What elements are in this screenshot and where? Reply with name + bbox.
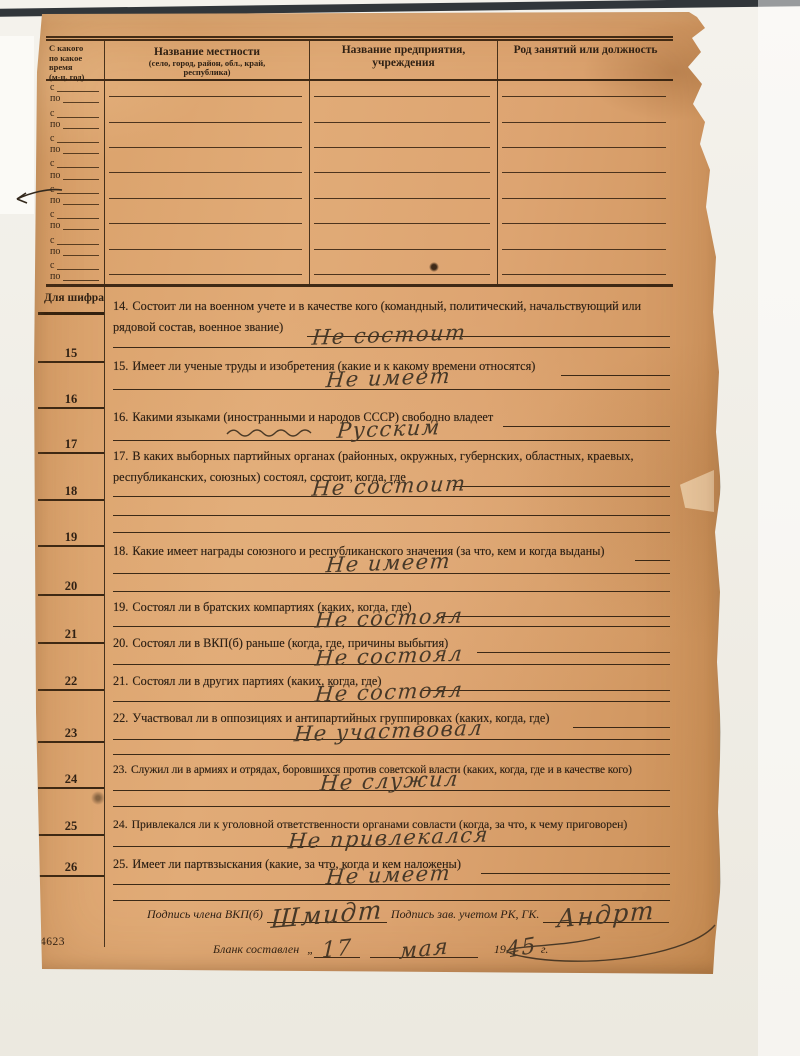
blank-compiled-label: Бланк составлен [209, 942, 303, 958]
cipher-number: 20 [38, 579, 104, 596]
writing-line [502, 172, 666, 173]
writing-line [502, 96, 666, 97]
writing-line [502, 223, 666, 224]
writing-line [314, 198, 490, 199]
writing-line [314, 172, 490, 173]
date-day-line: 17 [314, 943, 360, 958]
table-header: С какого по какое время (м-ц, год) Назва… [46, 41, 673, 81]
writing-line [109, 147, 302, 148]
table-row: спо [46, 183, 673, 208]
question-23: 23.Служил ли в армиях и отрядах, боровши… [105, 760, 673, 781]
fill-line [63, 229, 99, 230]
document-paper: С какого по какое время (м-ц, год) Назва… [34, 12, 720, 976]
question-19: 19.Состоял ли в братских компартиях (как… [105, 597, 673, 618]
header-locality: Название местности (село, город, район, … [104, 41, 309, 79]
row-to-label: по [48, 120, 60, 130]
question-15: 15.Имеет ли ученые труды и изобретения (… [105, 356, 673, 377]
fill-line [57, 218, 99, 219]
question-14: 14.Состоит ли на военном учете и в качес… [105, 296, 673, 338]
member-signature-line: Шмидт [267, 907, 387, 923]
writing-line [502, 147, 666, 148]
writing-line [109, 172, 302, 173]
table-body: спо спо спо спо спо спо [46, 81, 673, 287]
answer-21: Не состоял [105, 680, 673, 704]
answer-22: Не участвовал [105, 719, 673, 743]
cipher-number: 26 [38, 860, 104, 877]
date-month-line: мая [370, 943, 478, 958]
answer-20: Не состоял [105, 644, 673, 668]
row-to-label: по [48, 94, 60, 104]
answer-24: Не привлекался [105, 826, 673, 850]
handwritten-arrow-mark [10, 184, 64, 208]
cipher-number: 23 [38, 726, 104, 743]
cipher-rule [38, 312, 104, 315]
form-number: 4623 [40, 936, 65, 948]
fill-line [63, 102, 99, 103]
row-to-label: по [48, 145, 60, 155]
table-row: спо [46, 106, 673, 131]
fill-line [57, 167, 99, 168]
year-printed: 19 [490, 942, 506, 958]
writing-line [314, 223, 490, 224]
writing-line [314, 274, 490, 275]
table-row: спо [46, 132, 673, 157]
ruled-line [113, 806, 670, 807]
row-from-label: с [48, 109, 54, 119]
writing-line [314, 249, 490, 250]
writing-line [314, 96, 490, 97]
header-period: С какого по какое время (м-ц, год) [46, 41, 104, 79]
cipher-number: 15 [38, 346, 104, 363]
cipher-column-title: Для шифра [44, 292, 104, 304]
questions-section: Для шифра 15 16 17 18 19 20 21 22 23 24 … [46, 287, 673, 963]
writing-line [109, 96, 302, 97]
answer-17: Не состоит [105, 474, 673, 498]
ruled-line [113, 515, 670, 516]
cipher-number: 22 [38, 674, 104, 691]
question-17: 17.В каких выборных партийных органах (р… [105, 446, 673, 488]
question-24: 24.Привлекался ли к уголовной ответствен… [105, 814, 673, 835]
writing-line [502, 249, 666, 250]
year-suffix: г. [537, 942, 553, 958]
writing-line [109, 122, 302, 123]
question-21: 21.Состоял ли в других партиях (каких, к… [105, 671, 673, 692]
writing-line [109, 198, 302, 199]
table-row: спо [46, 259, 673, 284]
row-to-label: по [48, 171, 60, 181]
row-to-label: по [48, 221, 60, 231]
table-row: спо [46, 233, 673, 258]
question-16: 16.Какими языками (иностранными и народо… [105, 407, 673, 428]
registrar-signature-label: Подпись зав. учетом РК, ГК. [387, 907, 543, 923]
writing-line [109, 223, 302, 224]
fill-line [57, 91, 99, 92]
row-to-label: по [48, 272, 60, 282]
row-to-label: по [48, 247, 60, 257]
writing-line [109, 274, 302, 275]
answer-16: Русским [105, 417, 673, 441]
member-signature-label: Подпись члена ВКП(б) [143, 907, 267, 923]
cipher-number: 24 [38, 772, 104, 789]
writing-line [314, 122, 490, 123]
header-enterprise: Название предприятия, учреждения [309, 41, 497, 79]
cipher-number: 18 [38, 484, 104, 501]
cipher-number: 16 [38, 392, 104, 409]
ruled-line [113, 532, 670, 533]
scanner-background [758, 0, 800, 1056]
cipher-number: 21 [38, 627, 104, 644]
header-occupation: Род занятий или должность [497, 41, 673, 79]
writing-line [502, 198, 666, 199]
open-quote: „ [303, 942, 314, 958]
fill-line [63, 204, 99, 205]
writing-line [109, 249, 302, 250]
cipher-number: 17 [38, 437, 104, 454]
answer-18: Не имеет [105, 551, 673, 575]
answer-15: Не имеет [105, 366, 673, 390]
questions-main-column: 14.Состоит ли на военном учете и в качес… [104, 287, 673, 947]
employment-history-table: С какого по какое время (м-ц, год) Назва… [46, 36, 673, 287]
table-row: спо [46, 208, 673, 233]
fill-line [63, 280, 99, 281]
fill-line [63, 153, 99, 154]
date-month: мая [398, 934, 449, 965]
cipher-number: 19 [38, 530, 104, 547]
answer-19: Не состоял [105, 606, 673, 630]
row-from-label: с [48, 159, 54, 169]
date-row: Бланк составлен „ 17 мая 19 45 г. [105, 933, 669, 958]
answer-23: Не служил [105, 769, 673, 793]
writing-line [502, 274, 666, 275]
question-22: 22.Участвовал ли в оппозициях и антипарт… [105, 708, 673, 729]
question-25: 25.Имеет ли партвзыскания (какие, за что… [105, 854, 673, 875]
row-from-label: с [48, 261, 54, 271]
ruled-line [113, 754, 670, 755]
fill-line [63, 179, 99, 180]
year-handwritten: 45 [506, 933, 537, 964]
answer-25: Не имеет [105, 863, 673, 887]
fill-line [57, 244, 99, 245]
cipher-column: Для шифра 15 16 17 18 19 20 21 22 23 24 … [46, 287, 104, 963]
fill-line [57, 142, 99, 143]
ruled-line [113, 347, 670, 348]
row-from-label: с [48, 210, 54, 220]
date-day: 17 [321, 935, 353, 963]
row-from-label: с [48, 236, 54, 246]
row-from-label: с [48, 134, 54, 144]
question-18: 18.Какие имеет награды союзного и респуб… [105, 541, 673, 562]
fill-line [63, 128, 99, 129]
writing-line [314, 147, 490, 148]
table-row: спо [46, 157, 673, 182]
fill-line [63, 255, 99, 256]
registrar-signature-line: Андрт [543, 907, 669, 923]
fill-line [57, 269, 99, 270]
cipher-number: 25 [38, 819, 104, 836]
fill-line [57, 117, 99, 118]
row-from-label: с [48, 83, 54, 93]
question-20: 20.Состоял ли в ВКП(б) раньше (когда, гд… [105, 633, 673, 654]
answer-14: Не состоит [105, 323, 673, 347]
writing-line [502, 122, 666, 123]
paper-tear [680, 470, 714, 512]
table-row: спо [46, 81, 673, 106]
ruled-line [113, 591, 670, 592]
signature-row: Подпись члена ВКП(б) Шмидт Подпись зав. … [105, 907, 669, 923]
